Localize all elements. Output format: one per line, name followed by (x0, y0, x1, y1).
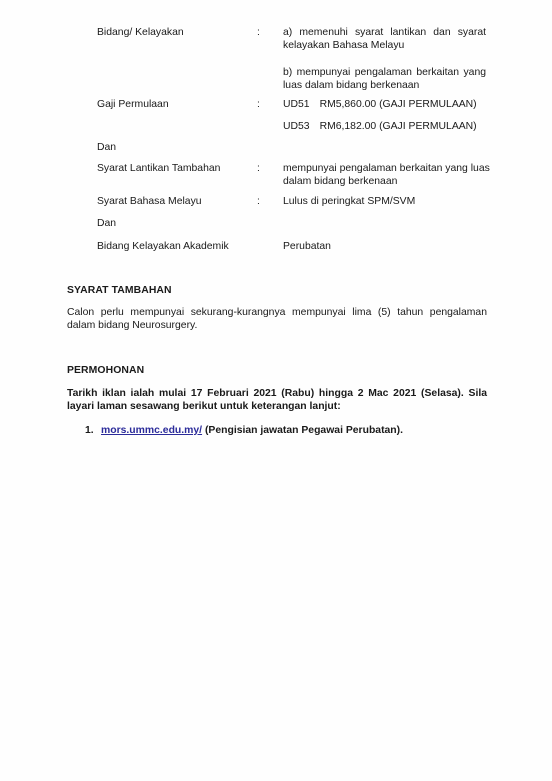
colon-separator: : (257, 162, 260, 175)
section-heading: PERMOHONAN (67, 364, 487, 377)
section-permohonan: PERMOHONAN Tarikh iklan ialah mulai 17 F… (67, 364, 487, 413)
document-page: Bidang/ Kelayakan : a) memenuhi syarat l… (0, 0, 552, 781)
field-value: mempunyai pengalaman berkaitan yang luas… (283, 162, 493, 188)
connector-text: Dan (97, 141, 116, 154)
colon-separator: : (257, 98, 260, 111)
colon-separator: : (257, 195, 260, 208)
salary-ud53: UD53RM6,182.00 (GAJI PERMULAAN) (283, 120, 503, 133)
salary-grade: UD51 (283, 99, 310, 110)
field-label: Bidang/ Kelayakan (97, 26, 184, 39)
salary-grade: UD53 (283, 121, 310, 132)
field-label: Syarat Lantikan Tambahan (97, 162, 220, 175)
colon-separator: : (257, 26, 260, 39)
field-value: Lulus di peringkat SPM/SVM (283, 195, 503, 208)
list-number: 1. (85, 424, 101, 437)
connector-text: Dan (97, 217, 116, 230)
list-item: 1.mors.ummc.edu.my/ (Pengisian jawatan P… (85, 424, 403, 437)
field-label: Syarat Bahasa Melayu (97, 195, 202, 208)
salary-ud51: UD51RM5,860.00 (GAJI PERMULAAN) (283, 98, 503, 111)
salary-amount: RM5,860.00 (GAJI PERMULAAN) (320, 99, 477, 110)
section-syarat-tambahan: SYARAT TAMBAHAN Calon perlu mempunyai se… (67, 284, 487, 332)
field-value-a: a) memenuhi syarat lantikan dan syarat k… (283, 26, 486, 52)
section-heading: SYARAT TAMBAHAN (67, 284, 487, 297)
field-label: Bidang Kelayakan Akademik (97, 240, 229, 253)
website-link[interactable]: mors.ummc.edu.my/ (101, 425, 202, 436)
section-paragraph: Calon perlu mempunyai sekurang-kurangnya… (67, 306, 487, 332)
link-description: (Pengisian jawatan Pegawai Perubatan). (202, 425, 403, 436)
salary-amount: RM6,182.00 (GAJI PERMULAAN) (320, 121, 477, 132)
field-label: Gaji Permulaan (97, 98, 169, 111)
section-paragraph: Tarikh iklan ialah mulai 17 Februari 202… (67, 387, 487, 413)
field-value: Perubatan (283, 240, 503, 253)
field-value-b: b) mempunyai pengalaman berkaitan yang l… (283, 66, 486, 92)
